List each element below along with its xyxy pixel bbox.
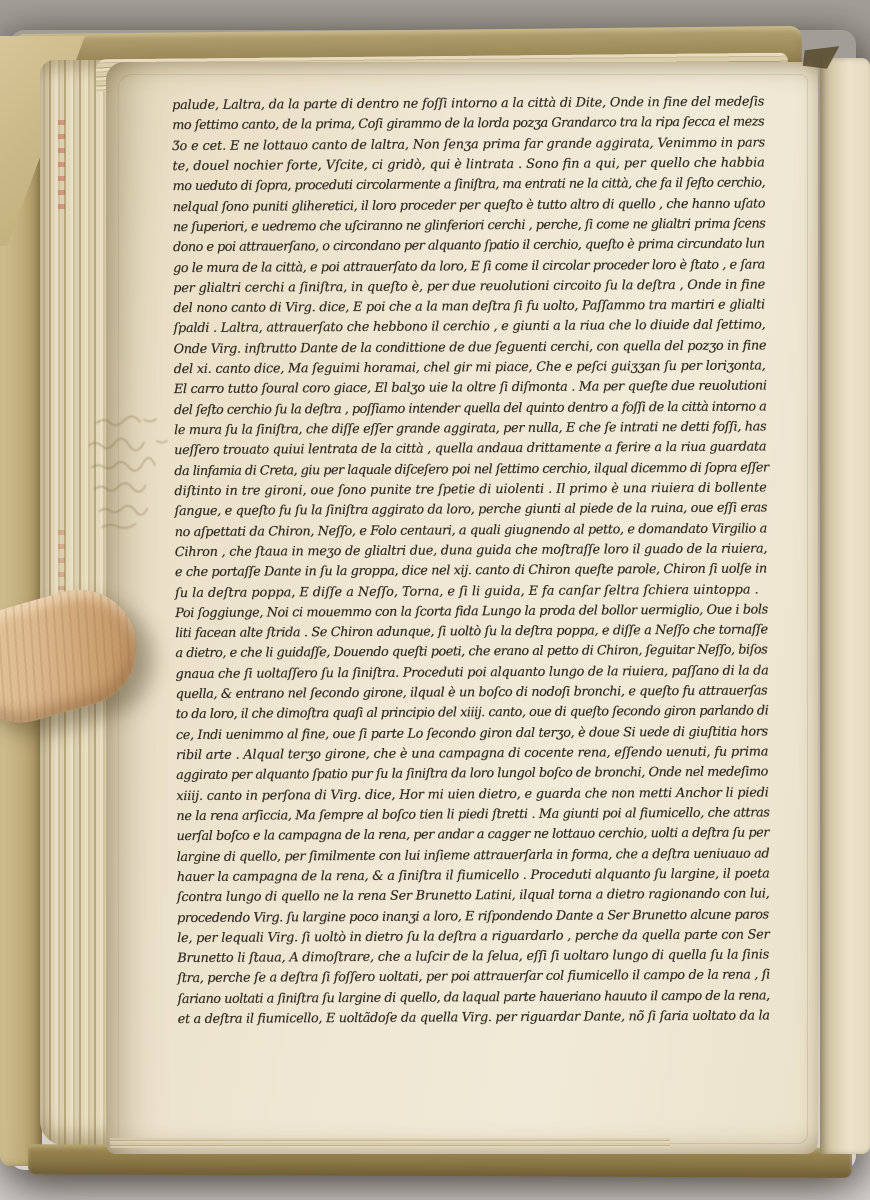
text-line: e che portaſſe Dante in ſu la groppa, di… [175,560,767,584]
page-text-block: palude, Laltra, da la parte di dentro ne… [172,92,770,1030]
marginalia-showthrough [78,406,188,536]
red-sprinkled-edge-marks [58,120,65,210]
fore-edge-pages [820,58,870,1154]
red-sprinkled-edge-marks [58,530,65,590]
page-stack-bottom-edges [110,1138,670,1148]
photograph-of-open-book: palude, Laltra, da la parte di dentro ne… [0,0,870,1200]
text-line: et a deſtra il fiumicello, E uoltãdoſe d… [178,1006,770,1030]
